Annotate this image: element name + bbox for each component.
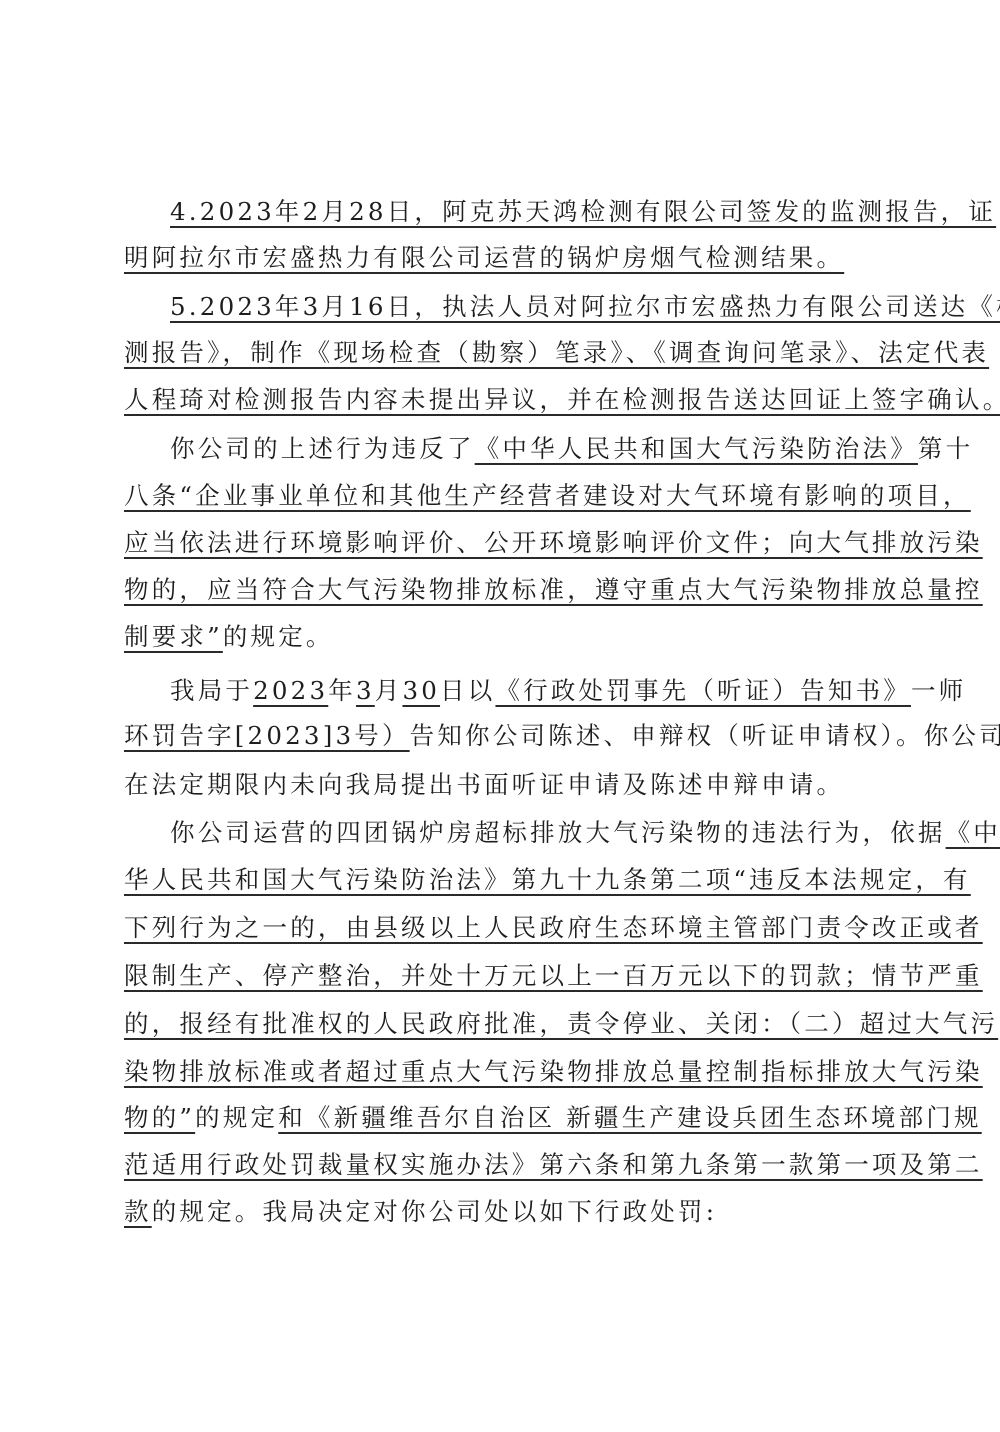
paragraph-notice-line-1: 我局于2023年3月30日以《行政处罚事先（听证）告知书》一师	[170, 671, 864, 711]
paragraph-basis-line-3: 下列行为之一的，由县级以上人民政府生态环境主管部门责令改正或者	[124, 908, 864, 948]
text-segment: 你公司运营的四团锅炉房超标排放大气污染物的违法行为，依据	[170, 818, 946, 847]
text-segment: 物的，应当符合大气污染物排放标准，遵守重点大气污染物排放总量控	[124, 575, 983, 604]
text-segment: 限制生产、停产整治，并处十万元以上一百万元以下的罚款；情节严重	[124, 961, 983, 990]
paragraph-violation-line-5: 制要求”的规定。	[124, 617, 864, 657]
text-segment: 第十	[918, 434, 973, 463]
paragraph-basis-line-5: 的，报经有批准权的人民政府批准，责令停业、关闭：（二）超过大气污	[124, 1004, 864, 1044]
text-segment: 下列行为之一的，由县级以上人民政府生态环境主管部门责令改正或者	[124, 913, 983, 942]
text-segment: 的规定	[195, 1103, 278, 1132]
paragraph-notice-line-3: 在法定期限内未向我局提出书面听证申请及陈述申辩申请。	[124, 765, 864, 805]
paragraph-basis-line-1: 你公司运营的四团锅炉房超标排放大气污染物的违法行为，依据《中	[170, 813, 864, 853]
text-segment: 我局于	[170, 676, 253, 705]
text-segment: 4.2023年2月28日，阿克苏天鸿检测有限公司签发的监测报告，证	[170, 197, 996, 226]
text-segment: 年	[328, 676, 356, 705]
text-segment: 的规定。我局决定对你公司处以如下行政处罚:	[152, 1197, 717, 1226]
regulation-citation: 和《新疆维吾尔自治区 新疆生产建设兵团生态环境部门规	[278, 1103, 982, 1132]
text-segment: 一师	[911, 676, 966, 705]
paragraph-notice-line-2: 环罚告字[2023]3号）告知你公司陈述、申辩权（听证申请权）。你公司	[124, 716, 864, 756]
paragraph-violation-line-4: 物的，应当符合大气污染物排放标准，遵守重点大气污染物排放总量控	[124, 570, 864, 610]
notice-year: 2023	[253, 676, 328, 705]
paragraph-basis-line-8: 范适用行政处罚裁量权实施办法》第六条和第九条第一款第一项及第二	[124, 1145, 864, 1185]
paragraph-basis-line-6: 染物排放标准或者超过重点大气污染物排放总量控制指标排放大气污染	[124, 1052, 864, 1092]
text-segment: 你公司的上述行为违反了	[170, 434, 475, 463]
paragraph-violation-line-1: 你公司的上述行为违反了《中华人民共和国大气污染防治法》第十	[170, 429, 864, 469]
paragraph-item-5-line-1: 5.2023年3月16日，执法人员对阿拉尔市宏盛热力有限公司送达《检	[170, 287, 864, 327]
notice-month: 3	[356, 676, 375, 705]
text-segment: 八条“企业事业单位和其他生产经营者建设对大气环境有影响的项目，	[124, 481, 971, 510]
paragraph-item-4-line-2: 明阿拉尔市宏盛热力有限公司运营的锅炉房烟气检测结果。	[124, 238, 864, 278]
paragraph-basis-line-2: 华人民共和国大气污染防治法》第九十九条第二项“违反本法规定，有	[124, 860, 864, 900]
paragraph-item-5-line-2: 测报告》，制作《现场检查（勘察）笔录》、《调查询问笔录》、法定代表	[124, 333, 864, 373]
paragraph-basis-line-9: 款的规定。我局决定对你公司处以如下行政处罚:	[124, 1192, 864, 1232]
text-segment: 范适用行政处罚裁量权实施办法》第六条和第九条第一款第一项及第二	[124, 1150, 983, 1179]
text-segment: 应当依法进行环境影响评价、公开环境影响评价文件；向大气排放污染	[124, 528, 983, 557]
paragraph-item-5-line-3: 人程琦对检测报告内容未提出异议，并在检测报告送达回证上签字确认。	[124, 380, 864, 420]
text-segment: 5.2023年3月16日，执法人员对阿拉尔市宏盛热力有限公司送达《检	[170, 292, 1000, 321]
text-segment: 的，报经有批准权的人民政府批准，责令停业、关闭：（二）超过大气污	[124, 1009, 998, 1038]
text-segment: 款	[124, 1197, 152, 1226]
paragraph-item-4-line-1: 4.2023年2月28日，阿克苏天鸿检测有限公司签发的监测报告，证	[170, 192, 864, 232]
paragraph-basis-line-7: 物的”的规定和《新疆维吾尔自治区 新疆生产建设兵团生态环境部门规	[124, 1098, 864, 1138]
text-segment: 告知你公司陈述、申辩权（听证申请权）。你公司	[410, 721, 1000, 750]
paragraph-basis-line-4: 限制生产、停产整治，并处十万元以上一百万元以下的罚款；情节严重	[124, 956, 864, 996]
paragraph-violation-line-3: 应当依法进行环境影响评价、公开环境影响评价文件；向大气排放污染	[124, 523, 864, 563]
notice-title: 《行政处罚事先（听证）告知书》	[495, 676, 911, 705]
paragraph-violation-line-2: 八条“企业事业单位和其他生产经营者建设对大气环境有影响的项目，	[124, 476, 864, 516]
text-segment: 日以	[440, 676, 495, 705]
notice-number: 环罚告字[2023]3号）	[124, 721, 410, 750]
text-segment: 染物排放标准或者超过重点大气污染物排放总量控制指标排放大气污染	[124, 1057, 983, 1086]
text-segment: 华人民共和国大气污染防治法》第九十九条第二项“违反本法规定，有	[124, 865, 971, 894]
text-segment: 在法定期限内未向我局提出书面听证申请及陈述申辩申请。	[124, 770, 844, 799]
text-segment: 制要求”	[124, 622, 223, 651]
text-segment: 物的”	[124, 1103, 195, 1132]
document-page: 4.2023年2月28日，阿克苏天鸿检测有限公司签发的监测报告，证 明阿拉尔市宏…	[0, 0, 1000, 1432]
law-citation: 《中	[946, 818, 1000, 847]
text-segment: 月	[375, 676, 403, 705]
text-segment: 明阿拉尔市宏盛热力有限公司运营的锅炉房烟气检测结果。	[124, 243, 844, 272]
notice-day: 30	[402, 676, 440, 705]
text-segment: 人程琦对检测报告内容未提出异议，并在检测报告送达回证上签字确认。	[124, 385, 1000, 414]
law-citation: 《中华人民共和国大气污染防治法》	[475, 434, 918, 463]
text-segment: 的规定。	[223, 622, 334, 651]
text-segment: 测报告》，制作《现场检查（勘察）笔录》、《调查询问笔录》、法定代表	[124, 338, 989, 367]
